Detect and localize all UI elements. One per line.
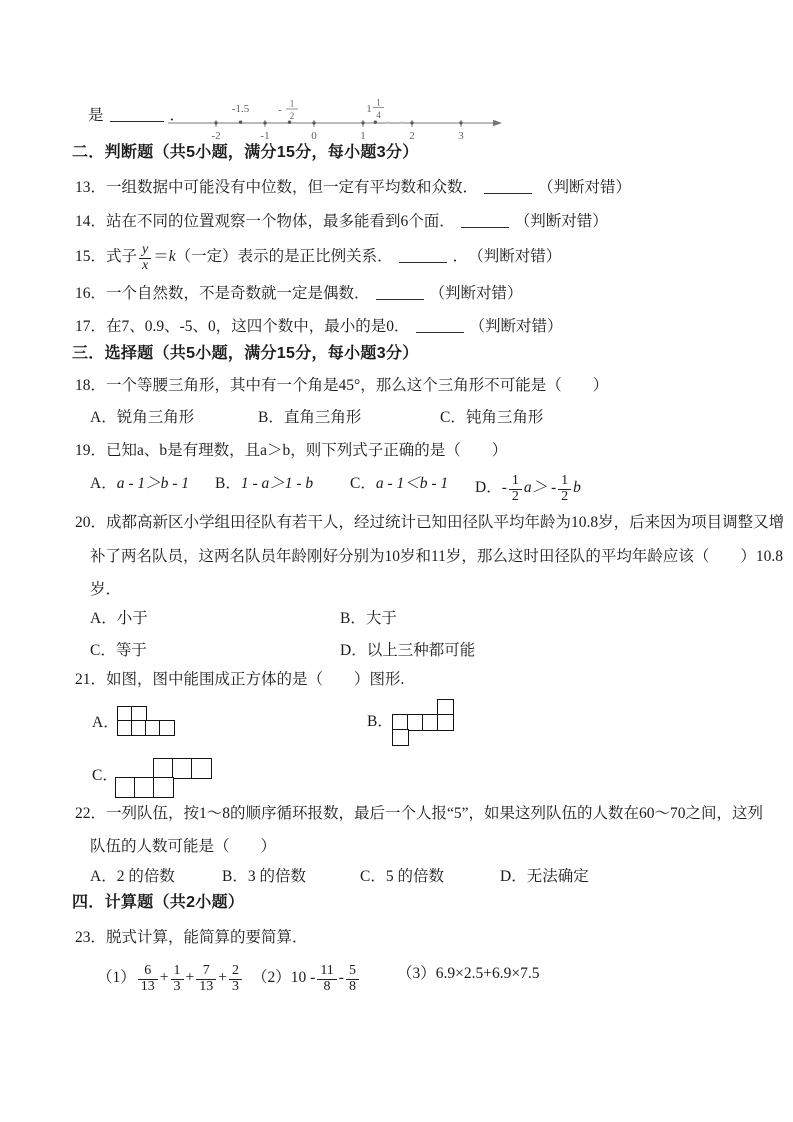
judge-suffix: （判断对错） [470, 318, 563, 335]
question-15: 15．式子yx＝k（一定）表示的是正比例关系．． （判断对错） [75, 243, 561, 273]
question-21: 21．如图，图中能围成正方体的是（ ）图形. [75, 670, 404, 689]
question-18-option-a: A．锐角三角形 [90, 408, 194, 427]
svg-text:2: 2 [290, 111, 295, 121]
question-23-expression-2: （2）10 -118-58 [252, 964, 361, 994]
net-cell [153, 777, 174, 798]
net-cell [159, 720, 175, 736]
question-18: 18．一个等腰三角形，其中有一个角是45°，那么这个三角形不可能是（ ） [75, 376, 608, 395]
net-cell [172, 758, 193, 779]
option-math: a - 1＞b - 1 [117, 475, 189, 492]
net-cell [191, 758, 212, 779]
svg-text:-1: -1 [260, 130, 269, 142]
question-22-line-1: 22．一列队伍，按1～8的顺序循环报数，最后一个人报“5”，如果这列队伍的人数在… [75, 804, 763, 823]
question-20-option-c: C．等于 [90, 641, 147, 660]
judge-suffix: （判断对错） [476, 248, 561, 265]
question-19-option-d: D．-12a＞ -12b [475, 474, 581, 504]
svg-text:0: 0 [311, 130, 317, 142]
question-15-text: 15．式子 [75, 248, 137, 265]
expression-label: （2） [252, 969, 291, 986]
number-line-tick-labels: -2 -1 0 1 2 3 [211, 130, 464, 142]
svg-text:4: 4 [376, 110, 381, 120]
option-math: 1 - a＞1 - b [241, 475, 313, 492]
svg-text:-2: -2 [211, 130, 220, 142]
question-22-option-c: C．5 的倍数 [360, 867, 444, 886]
judge-suffix: （判断对错） [515, 213, 608, 230]
question-23-expression-3: （3）6.9×2.5+6.9×7.5 [397, 964, 540, 983]
question-23: 23．脱式计算，能简算的要简算． [75, 928, 308, 947]
svg-text:-1.5: -1.5 [232, 103, 250, 115]
option-label: C． [350, 475, 376, 492]
fraction: 713 [196, 964, 216, 994]
judge-suffix: （判断对错） [538, 179, 631, 196]
question-20-line-3: 岁． [90, 580, 121, 599]
question-20-line-1: 20．成都高新区小学组田径队有若干人，经过统计已知田径队平均年龄为10.8岁，后… [75, 513, 784, 532]
net-cell [392, 729, 409, 746]
question-17-text: 17．在7、0.9、-5、0，这四个数中，最小的是0． [75, 318, 410, 335]
section-4-heading: 四．计算题（共2小题） [72, 893, 244, 913]
question-22-option-b: B．3 的倍数 [222, 867, 306, 886]
number-line-point-label-mixed: 1 1 4 [366, 98, 384, 121]
question-22-line-2: 队伍的人数可能是（ ） [90, 837, 276, 856]
question-20-option-b: B．大于 [340, 609, 397, 628]
question-13-text: 13．一组数据中可能没有中位数，但一定有平均数和众数． [75, 179, 478, 196]
question-22-option-d: D．无法确定 [500, 867, 589, 886]
net-cell [153, 758, 174, 779]
variable-k: k [169, 248, 176, 265]
expression-text: 6.9×2.5+6.9×7.5 [436, 965, 540, 982]
question-21-label-c: C． [92, 766, 118, 785]
answer-blank [461, 212, 509, 228]
section-2-heading: 二．判断题（共5小题，满分15分，每小题3分） [72, 143, 419, 163]
exam-page: 是． -2 -1 0 1 2 3 -1.5 [0, 0, 793, 1122]
cube-net-c [115, 758, 212, 798]
expression-text: 10 - [291, 969, 316, 986]
question-20-option-d: D．以上三种都可能 [340, 641, 475, 660]
net-cell [134, 777, 155, 798]
minus-sign: - [502, 479, 507, 496]
judge-suffix: （判断对错） [430, 285, 523, 302]
fraction: 613 [138, 964, 158, 994]
expression-label: （3） [397, 965, 436, 982]
fraction: 118 [317, 964, 336, 994]
option-label: B． [215, 475, 241, 492]
question-16: 16．一个自然数，不是奇数就一定是偶数．（判断对错） [75, 284, 523, 303]
fraction: 13 [171, 964, 184, 994]
option-label: D． [475, 479, 502, 496]
question-15-text-mid: （一定）表示的是正比例关系． [176, 248, 393, 265]
answer-blank [484, 178, 532, 194]
section-3-heading: 三．选择题（共5小题，满分15分，每小题3分） [72, 344, 419, 364]
fraction: 58 [346, 964, 359, 994]
net-cell [115, 777, 136, 798]
variable-b: b [573, 479, 581, 496]
option-label: A． [90, 475, 117, 492]
svg-text:-: - [278, 104, 282, 116]
question-22-option-a: A．2 的倍数 [90, 867, 175, 886]
svg-text:2: 2 [409, 130, 415, 142]
minus-sign: - [339, 969, 344, 986]
plus-sign: + [186, 969, 195, 986]
question-14-text: 14．站在不同的位置观察一个物体，最多能看到6个面． [75, 213, 455, 230]
question-23-expression-1: （1）613+13+713+23 [97, 964, 244, 994]
answer-blank [110, 106, 164, 122]
question-20-line-2: 补了两名队员，这两名队员年龄刚好分别为10岁和11岁，那么这时田径队的平均年龄应… [90, 547, 783, 566]
plus-sign: + [160, 969, 169, 986]
question-13: 13．一组数据中可能没有中位数，但一定有平均数和众数．（判断对错） [75, 178, 631, 197]
answer-blank [416, 317, 464, 333]
question-18-option-c: C．钝角三角形 [440, 408, 543, 427]
option-math: a - 1＜b - 1 [376, 475, 448, 492]
answer-blank [376, 284, 424, 300]
svg-text:1: 1 [376, 98, 381, 108]
fill-in-prefix: 是 [88, 107, 104, 124]
question-19: 19．已知a、b是有理数，且a＞b，则下列式子正确的是（ ） [75, 441, 507, 460]
svg-text:1: 1 [360, 130, 366, 142]
fraction-one-half: 12 [509, 474, 522, 504]
fraction: 23 [229, 964, 242, 994]
option-math: a＞ - [524, 479, 556, 496]
question-19-option-b: B．1 - a＞1 - b [215, 474, 313, 493]
number-line-arrow [493, 120, 502, 126]
question-19-option-c: C．a - 1＜b - 1 [350, 474, 448, 493]
number-line-figure: -2 -1 0 1 2 3 -1.5 - 1 2 1 1 4 [166, 96, 504, 146]
fraction-one-half: 12 [558, 474, 571, 504]
number-line-point-label-negative-half: - 1 2 [278, 99, 298, 122]
number-line-point-label-decimal: -1.5 [232, 103, 250, 115]
svg-text:3: 3 [458, 130, 464, 142]
answer-blank [399, 247, 447, 263]
question-19-option-a: A．a - 1＞b - 1 [90, 474, 189, 493]
question-21-label-b: B． [367, 712, 393, 731]
cube-net-a [117, 706, 175, 736]
question-21-label-a: A． [92, 713, 119, 732]
question-17: 17．在7、0.9、-5、0，这四个数中，最小的是0．（判断对错） [75, 317, 563, 336]
question-16-text: 16．一个自然数，不是奇数就一定是偶数． [75, 285, 370, 302]
equals-sign: ＝ [153, 248, 169, 265]
plus-sign: + [218, 969, 227, 986]
expression-label: （1） [97, 969, 136, 986]
svg-text:1: 1 [366, 103, 372, 115]
question-14: 14．站在不同的位置观察一个物体，最多能看到6个面．（判断对错） [75, 212, 608, 231]
question-18-option-b: B．直角三角形 [258, 408, 361, 427]
svg-text:1: 1 [290, 99, 295, 109]
net-cell [437, 714, 454, 731]
period: ． [453, 248, 461, 265]
question-20-option-a: A．小于 [90, 609, 148, 628]
fraction-y-over-x: yx [139, 243, 151, 273]
cube-net-b [392, 699, 454, 746]
